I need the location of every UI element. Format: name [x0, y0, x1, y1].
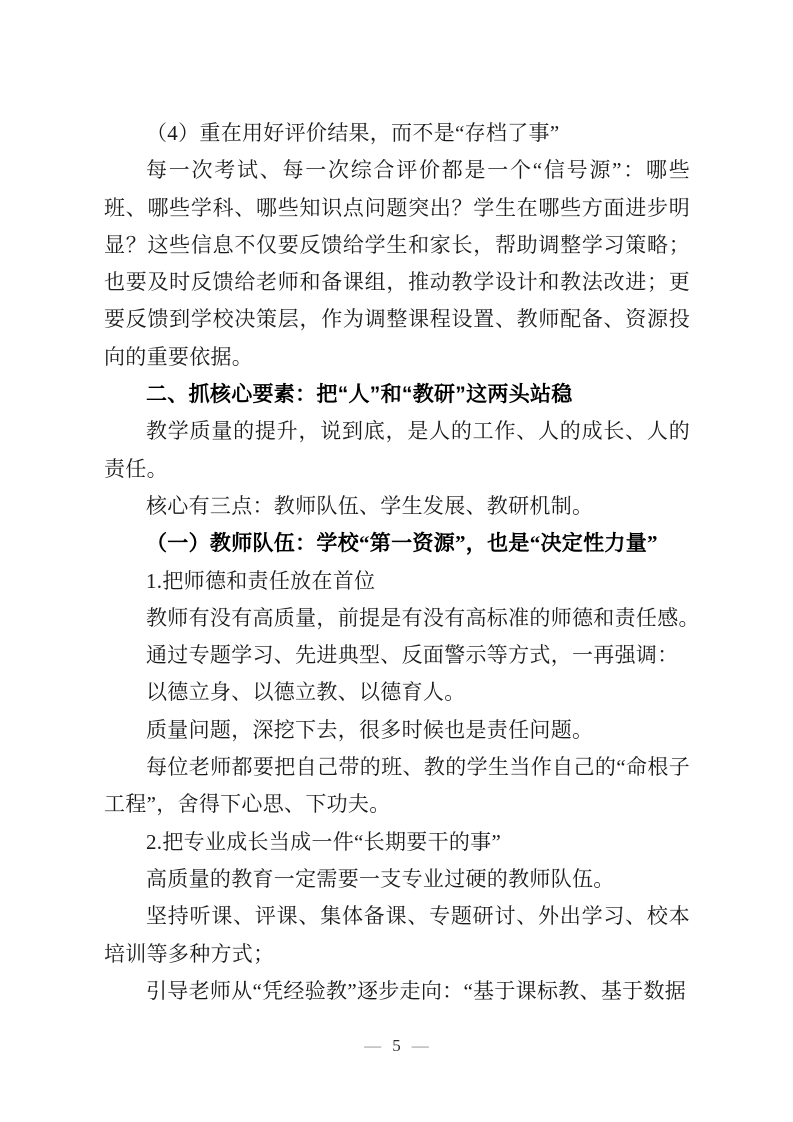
paragraph: 教师有没有高质量，前提是有没有高标准的师德和责任感。 — [104, 600, 690, 637]
paragraph: 坚持听课、评课、集体备课、专题研讨、外出学习、校本培训等多种方式； — [104, 898, 690, 973]
subsection-heading: （一）教师队伍：学校“第一资源”，也是“决定性力量” — [104, 525, 690, 562]
paragraph: 1.把师德和责任放在首位 — [104, 563, 690, 600]
page-number: 5 — [392, 1036, 401, 1055]
document-page: （4）重在用好评价结果，而不是“存档了事”每一次考试、每一次综合评价都是一个“信… — [0, 0, 793, 1122]
paragraph: 通过专题学习、先进典型、反面警示等方式，一再强调： — [104, 637, 690, 674]
paragraph: 引导老师从“凭经验教”逐步走向：“基于课标教、基于数据 — [104, 973, 690, 1010]
paragraph: 以德立身、以德立教、以德育人。 — [104, 674, 690, 711]
paragraph: 质量问题，深挖下去，很多时候也是责任问题。 — [104, 712, 690, 749]
section-heading: 二、抓核心要素：把“人”和“教研”这两头站稳 — [104, 376, 690, 413]
paragraph: 每位老师都要把自己带的班、教的学生当作自己的“命根子工程”，舍得下心思、下功夫。 — [104, 749, 690, 824]
paragraph: 2.把专业成长当成一件“长期要干的事” — [104, 824, 690, 861]
document-body: （4）重在用好评价结果，而不是“存档了事”每一次考试、每一次综合评价都是一个“信… — [104, 115, 690, 1010]
paragraph: 核心有三点：教师队伍、学生发展、教研机制。 — [104, 488, 690, 525]
page-number-dash-right: — — [412, 1036, 429, 1055]
paragraph: 高质量的教育一定需要一支专业过硬的教师队伍。 — [104, 861, 690, 898]
page-footer: —5— — [0, 1035, 793, 1057]
page-number-dash-left: — — [364, 1036, 381, 1055]
paragraph: 每一次考试、每一次综合评价都是一个“信号源”：哪些班、哪些学科、哪些知识点问题突… — [104, 152, 690, 376]
paragraph: （4）重在用好评价结果，而不是“存档了事” — [104, 115, 690, 152]
paragraph: 教学质量的提升，说到底，是人的工作、人的成长、人的责任。 — [104, 413, 690, 488]
